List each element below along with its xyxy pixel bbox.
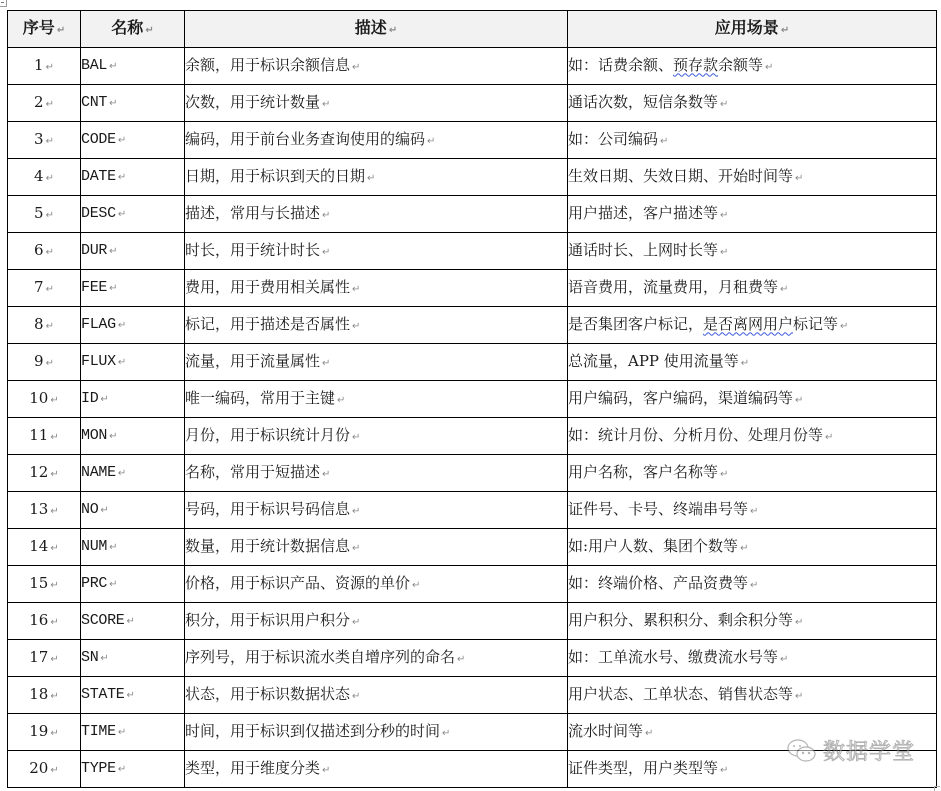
cell-name[interactable]: PRC↵ <box>81 566 185 603</box>
paragraph-mark-icon: ↵ <box>50 506 58 517</box>
paragraph-mark-icon: ↵ <box>352 506 360 517</box>
paragraph-mark-icon: ↵ <box>645 728 653 739</box>
paragraph-mark-icon: ↵ <box>127 616 135 627</box>
paragraph-mark-icon: ↵ <box>322 358 330 369</box>
paragraph-mark-icon: ↵ <box>352 543 360 554</box>
paragraph-mark-icon: ↵ <box>352 284 360 295</box>
paragraph-mark-icon: ↵ <box>109 61 117 72</box>
cell-index[interactable]: 5↵ <box>8 196 81 233</box>
cell-description[interactable]: 日期，用于标识到天的日期↵ <box>185 159 568 196</box>
paragraph-mark-icon: ↵ <box>50 654 58 665</box>
cell-description[interactable]: 标记，用于描述是否属性↵ <box>185 307 568 344</box>
table-row: 12↵NAME↵名称，常用于短描述↵用户名称，客户名称等↵ <box>8 455 937 492</box>
cell-description[interactable]: 月份，用于标识统计月份↵ <box>185 418 568 455</box>
table-row: 2↵CNT↵次数，用于统计数量↵通话次数，短信条数等↵ <box>8 85 937 122</box>
cell-description[interactable]: 价格，用于标识产品、资源的单价↵ <box>185 566 568 603</box>
cell-usage[interactable]: 如：统计月份、分析月份、处理月份等↵ <box>568 418 937 455</box>
paragraph-mark-icon: ↵ <box>109 431 117 442</box>
table-row: 18↵STATE↵状态，用于标识数据状态↵用户状态、工单状态、销售状态等↵ <box>8 677 937 714</box>
paragraph-mark-icon: ↵ <box>781 25 789 36</box>
paragraph-mark-icon: ↵ <box>118 135 126 146</box>
paragraph-mark-icon: ↵ <box>109 283 117 294</box>
paragraph-mark-icon: ↵ <box>100 394 108 405</box>
cell-description[interactable]: 积分，用于标识用户积分↵ <box>185 603 568 640</box>
cell-name[interactable]: NAME↵ <box>81 455 185 492</box>
paragraph-mark-icon: ↵ <box>352 62 360 73</box>
paragraph-mark-icon: ↵ <box>46 321 54 332</box>
cell-usage[interactable]: 用户名称，客户名称等↵ <box>568 455 937 492</box>
table-row: 20↵TYPE↵类型，用于维度分类↵证件类型，用户类型等↵ <box>8 751 937 788</box>
paragraph-mark-icon: ↵ <box>740 543 748 554</box>
cell-description[interactable]: 时间，用于标识到仅描述到分秒的时间↵ <box>185 714 568 751</box>
cell-usage[interactable]: 通话次数，短信条数等↵ <box>568 85 937 122</box>
paragraph-mark-icon: ↵ <box>660 136 668 147</box>
cell-usage[interactable]: 用户编码，客户编码，渠道编码等↵ <box>568 381 937 418</box>
paragraph-mark-icon: ↵ <box>46 210 54 221</box>
cell-index[interactable]: 15↵ <box>8 566 81 603</box>
paragraph-mark-icon: ↵ <box>352 617 360 628</box>
cell-name[interactable]: TYPE↵ <box>81 751 185 788</box>
paragraph-mark-icon: ↵ <box>46 136 54 147</box>
cell-index[interactable]: 10↵ <box>8 381 81 418</box>
cell-description[interactable]: 编码，用于前台业务查询使用的编码↵ <box>185 122 568 159</box>
cell-description[interactable]: 费用，用于费用相关属性↵ <box>185 270 568 307</box>
table-row: 11↵MON↵月份，用于标识统计月份↵如：统计月份、分析月份、处理月份等↵ <box>8 418 937 455</box>
cell-index[interactable]: 9↵ <box>8 344 81 381</box>
table-row: 17↵SN↵序列号，用于标识流水类自增序列的命名↵如：工单流水号、缴费流水号等↵ <box>8 640 937 677</box>
table-row: 19↵TIME↵时间，用于标识到仅描述到分秒的时间↵流水时间等↵ <box>8 714 937 751</box>
cell-description[interactable]: 名称，常用于短描述↵ <box>185 455 568 492</box>
paragraph-mark-icon: ↵ <box>840 321 848 332</box>
cell-index[interactable]: 7↵ <box>8 270 81 307</box>
cell-usage[interactable]: 流水时间等↵ <box>568 714 937 751</box>
paragraph-mark-icon: ↵ <box>46 284 54 295</box>
paragraph-mark-icon: ↵ <box>427 136 435 147</box>
paragraph-mark-icon: ↵ <box>352 691 360 702</box>
cell-description[interactable]: 序列号，用于标识流水类自增序列的命名↵ <box>185 640 568 677</box>
cell-index[interactable]: 6↵ <box>8 233 81 270</box>
paragraph-mark-icon: ↵ <box>457 654 465 665</box>
paragraph-mark-icon: ↵ <box>322 210 330 221</box>
cell-name[interactable]: BAL↵ <box>81 48 185 85</box>
paragraph-mark-icon: ↵ <box>46 62 54 73</box>
cell-index[interactable]: 18↵ <box>8 677 81 714</box>
cell-name[interactable]: SN↵ <box>81 640 185 677</box>
paragraph-mark-icon: ↵ <box>50 432 58 443</box>
cell-description[interactable]: 唯一编码，常用于主键↵ <box>185 381 568 418</box>
table-row: 9↵FLUX↵流量，用于流量属性↵总流量，APP 使用流量等↵ <box>8 344 937 381</box>
table-row: 14↵NUM↵数量，用于统计数据信息↵如:用户人数、集团个数等↵ <box>8 529 937 566</box>
cell-usage[interactable]: 生效日期、失效日期、开始时间等↵ <box>568 159 937 196</box>
cell-usage[interactable]: 证件类型，用户类型等↵ <box>568 751 937 788</box>
paragraph-mark-icon: ↵ <box>118 209 126 220</box>
cell-name[interactable]: FLUX↵ <box>81 344 185 381</box>
paragraph-mark-icon: ↵ <box>118 727 126 738</box>
paragraph-mark-icon: ↵ <box>780 654 788 665</box>
cell-index[interactable]: 8↵ <box>8 307 81 344</box>
table-row: 13↵NO↵号码，用于标识号码信息↵证件号、卡号、终端串号等↵ <box>8 492 937 529</box>
cell-description[interactable]: 时长，用于统计时长↵ <box>185 233 568 270</box>
cell-name[interactable]: DUR↵ <box>81 233 185 270</box>
header-index: 序号↵ <box>8 11 81 48</box>
paragraph-mark-icon: ↵ <box>367 173 375 184</box>
table-row: 15↵PRC↵价格，用于标识产品、资源的单价↵如：终端价格、产品资费等↵ <box>8 566 937 603</box>
header-name: 名称↵ <box>81 11 185 48</box>
cell-description[interactable]: 状态，用于标识数据状态↵ <box>185 677 568 714</box>
paragraph-mark-icon: ↵ <box>57 25 65 36</box>
paragraph-mark-icon: ↵ <box>720 765 728 776</box>
cell-name[interactable]: NUM↵ <box>81 529 185 566</box>
cell-index[interactable]: 19↵ <box>8 714 81 751</box>
paragraph-mark-icon: ↵ <box>50 691 58 702</box>
cell-usage[interactable]: 如:用户人数、集团个数等↵ <box>568 529 937 566</box>
paragraph-mark-icon: ↵ <box>118 357 126 368</box>
paragraph-mark-icon: ↵ <box>741 358 749 369</box>
paragraph-mark-icon: ↵ <box>50 543 58 554</box>
paragraph-mark-icon: ↵ <box>50 728 58 739</box>
paragraph-mark-icon: ↵ <box>118 320 126 331</box>
paragraph-mark-icon: ↵ <box>109 579 117 590</box>
cell-usage[interactable]: 总流量，APP 使用流量等↵ <box>568 344 937 381</box>
paragraph-mark-icon: ↵ <box>50 765 58 776</box>
paragraph-mark-icon: ↵ <box>118 468 126 479</box>
cell-usage[interactable]: 用户状态、工单状态、销售状态等↵ <box>568 677 937 714</box>
cell-description[interactable]: 流量，用于流量属性↵ <box>185 344 568 381</box>
paragraph-mark-icon: ↵ <box>50 395 58 406</box>
spellcheck-flag[interactable]: 预存款 <box>673 56 718 74</box>
cell-name[interactable]: DATE↵ <box>81 159 185 196</box>
paragraph-mark-icon: ↵ <box>50 580 58 591</box>
table-row: 10↵ID↵唯一编码，常用于主键↵用户编码，客户编码，渠道编码等↵ <box>8 381 937 418</box>
cell-index[interactable]: 4↵ <box>8 159 81 196</box>
paragraph-mark-icon: ↵ <box>100 505 108 516</box>
cell-index[interactable]: 14↵ <box>8 529 81 566</box>
cell-usage[interactable]: 如：终端价格、产品资费等↵ <box>568 566 937 603</box>
paragraph-mark-icon: ↵ <box>109 246 117 257</box>
cell-index[interactable]: 11↵ <box>8 418 81 455</box>
cell-name[interactable]: STATE↵ <box>81 677 185 714</box>
paragraph-mark-icon: ↵ <box>118 764 126 775</box>
table-resize-handle[interactable] <box>934 786 940 791</box>
header-description: 描述↵ <box>185 11 568 48</box>
paragraph-mark-icon: ↵ <box>352 432 360 443</box>
table-header-row: 序号↵ 名称↵ 描述↵ 应用场景↵ <box>8 11 937 48</box>
paragraph-mark-icon: ↵ <box>720 247 728 258</box>
paragraph-mark-icon: ↵ <box>127 690 135 701</box>
paragraph-mark-icon: ↵ <box>795 691 803 702</box>
cell-usage[interactable]: 通话时长、上网时长等↵ <box>568 233 937 270</box>
cell-index[interactable]: 3↵ <box>8 122 81 159</box>
spellcheck-flag[interactable]: 是否离网用户 <box>703 315 793 333</box>
paragraph-mark-icon: ↵ <box>389 25 397 36</box>
paragraph-mark-icon: ↵ <box>50 617 58 628</box>
cell-name[interactable]: DESC↵ <box>81 196 185 233</box>
cell-index[interactable]: 17↵ <box>8 640 81 677</box>
paragraph-mark-icon: ↵ <box>322 99 330 110</box>
cell-usage[interactable]: 如：公司编码↵ <box>568 122 937 159</box>
cell-description[interactable]: 次数，用于统计数量↵ <box>185 85 568 122</box>
cell-description[interactable]: 余额，用于标识余额信息↵ <box>185 48 568 85</box>
cell-name[interactable]: FLAG↵ <box>81 307 185 344</box>
paragraph-mark-icon: ↵ <box>780 284 788 295</box>
cell-index[interactable]: 1↵ <box>8 48 81 85</box>
paragraph-mark-icon: ↵ <box>109 542 117 553</box>
table-row: 7↵FEE↵费用，用于费用相关属性↵语音费用，流量费用，月租费等↵ <box>8 270 937 307</box>
cell-description[interactable]: 数量，用于统计数据信息↵ <box>185 529 568 566</box>
paragraph-mark-icon: ↵ <box>720 210 728 221</box>
paragraph-mark-icon: ↵ <box>750 506 758 517</box>
paragraph-mark-icon: ↵ <box>46 247 54 258</box>
table-row: 6↵DUR↵时长，用于统计时长↵通话时长、上网时长等↵ <box>8 233 937 270</box>
cell-index[interactable]: 12↵ <box>8 455 81 492</box>
cell-name[interactable]: CNT↵ <box>81 85 185 122</box>
paragraph-mark-icon: ↵ <box>46 358 54 369</box>
cell-usage[interactable]: 语音费用，流量费用，月租费等↵ <box>568 270 937 307</box>
paragraph-mark-icon: ↵ <box>118 172 126 183</box>
paragraph-mark-icon: ↵ <box>750 580 758 591</box>
paragraph-mark-icon: ↵ <box>795 395 803 406</box>
paragraph-mark-icon: ↵ <box>352 321 360 332</box>
paragraph-mark-icon: ↵ <box>109 98 117 109</box>
paragraph-mark-icon: ↵ <box>145 25 153 36</box>
paragraph-mark-icon: ↵ <box>720 99 728 110</box>
cell-description[interactable]: 描述，常用与长描述↵ <box>185 196 568 233</box>
cell-name[interactable]: MON↵ <box>81 418 185 455</box>
cell-name[interactable]: NO↵ <box>81 492 185 529</box>
table-row: 5↵DESC↵描述，常用与长描述↵用户描述，客户描述等↵ <box>8 196 937 233</box>
cell-name[interactable]: SCORE↵ <box>81 603 185 640</box>
header-usage: 应用场景↵ <box>568 11 937 48</box>
paragraph-mark-icon: ↵ <box>442 728 450 739</box>
cell-index[interactable]: 20↵ <box>8 751 81 788</box>
paragraph-mark-icon: ↵ <box>46 173 54 184</box>
paragraph-mark-icon: ↵ <box>795 173 803 184</box>
cell-usage[interactable]: 证件号、卡号、终端串号等↵ <box>568 492 937 529</box>
cell-usage[interactable]: 如：工单流水号、缴费流水号等↵ <box>568 640 937 677</box>
table-row: 8↵FLAG↵标记，用于描述是否属性↵是否集团客户标记，是否离网用户标记等↵ <box>8 307 937 344</box>
cell-index[interactable]: 13↵ <box>8 492 81 529</box>
paragraph-mark-icon: ↵ <box>795 617 803 628</box>
cell-usage[interactable]: 用户描述，客户描述等↵ <box>568 196 937 233</box>
cell-description[interactable]: 号码，用于标识号码信息↵ <box>185 492 568 529</box>
naming-convention-table: 序号↵ 名称↵ 描述↵ 应用场景↵ 1↵BAL↵余额，用于标识余额信息↵如：话费… <box>7 10 937 788</box>
cell-description[interactable]: 类型，用于维度分类↵ <box>185 751 568 788</box>
cell-index[interactable]: 2↵ <box>8 85 81 122</box>
table-row: 4↵DATE↵日期，用于标识到天的日期↵生效日期、失效日期、开始时间等↵ <box>8 159 937 196</box>
paragraph-mark-icon: ↵ <box>825 432 833 443</box>
table-row: 16↵SCORE↵积分，用于标识用户积分↵用户积分、累积积分、剩余积分等↵ <box>8 603 937 640</box>
table-move-handle[interactable] <box>0 0 7 7</box>
cell-usage[interactable]: 如：话费余额、预存款余额等↵ <box>568 48 937 85</box>
paragraph-mark-icon: ↵ <box>337 395 345 406</box>
paragraph-mark-icon: ↵ <box>765 62 773 73</box>
cell-name[interactable]: TIME↵ <box>81 714 185 751</box>
paragraph-mark-icon: ↵ <box>720 469 728 480</box>
cell-name[interactable]: FEE↵ <box>81 270 185 307</box>
cell-name[interactable]: ID↵ <box>81 381 185 418</box>
paragraph-mark-icon: ↵ <box>322 469 330 480</box>
paragraph-mark-icon: ↵ <box>322 247 330 258</box>
cell-usage[interactable]: 是否集团客户标记，是否离网用户标记等↵ <box>568 307 937 344</box>
table-row: 1↵BAL↵余额，用于标识余额信息↵如：话费余额、预存款余额等↵ <box>8 48 937 85</box>
paragraph-mark-icon: ↵ <box>46 99 54 110</box>
paragraph-mark-icon: ↵ <box>100 653 108 664</box>
table-body: 1↵BAL↵余额，用于标识余额信息↵如：话费余额、预存款余额等↵2↵CNT↵次数… <box>8 48 937 788</box>
table-row: 3↵CODE↵编码，用于前台业务查询使用的编码↵如：公司编码↵ <box>8 122 937 159</box>
cell-name[interactable]: CODE↵ <box>81 122 185 159</box>
paragraph-mark-icon: ↵ <box>50 469 58 480</box>
paragraph-mark-icon: ↵ <box>412 580 420 591</box>
cell-usage[interactable]: 用户积分、累积积分、剩余积分等↵ <box>568 603 937 640</box>
paragraph-mark-icon: ↵ <box>322 765 330 776</box>
cell-index[interactable]: 16↵ <box>8 603 81 640</box>
